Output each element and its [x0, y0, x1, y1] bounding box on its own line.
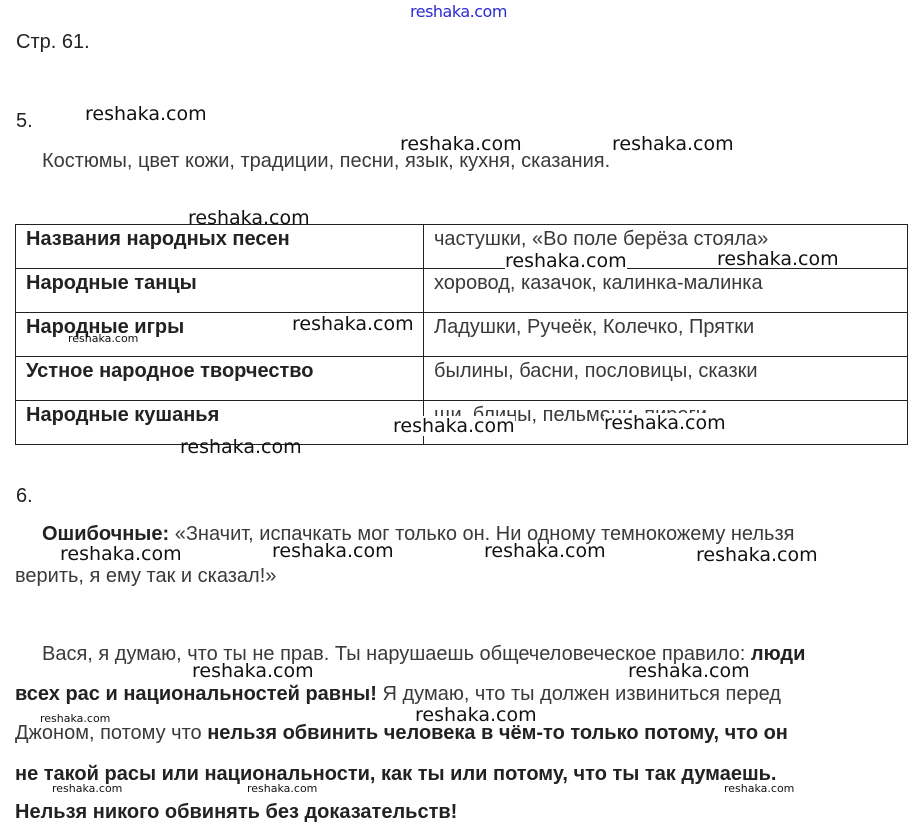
watermark: reshaka.com — [52, 782, 122, 795]
answer-emphasis: всех рас и национальностей равны! — [15, 683, 377, 705]
watermark: reshaka.com — [484, 540, 606, 562]
table-key: Устное народное творчество — [16, 357, 424, 401]
table-border-gap — [762, 420, 792, 430]
table-key: Названия народных песен — [16, 225, 424, 269]
watermark: reshaka.com — [85, 103, 207, 125]
answer-emphasis: не такой расы или национальности, как ты… — [15, 763, 776, 785]
watermark: reshaka.com — [604, 413, 726, 433]
table-value: хоровод, казачок, калинка-малинка — [424, 269, 908, 313]
watermark: reshaka.com — [628, 660, 750, 682]
watermark-top: reshaka.com — [410, 2, 507, 21]
wrong-statement-line1: Ошибочные: «Значит, испачкать мог только… — [42, 524, 794, 544]
answer-line3: Джоном, потому что нельзя обвинить челов… — [15, 723, 788, 743]
page-label: Стр. 61. — [16, 31, 90, 54]
watermark: reshaka.com — [68, 332, 138, 345]
watermark: reshaka.com — [180, 436, 302, 458]
watermark: reshaka.com — [60, 543, 182, 565]
answer-emphasis: люди — [751, 643, 806, 665]
task-5-number: 5. — [16, 110, 33, 133]
table-value: Ладушки, Ручеёк, Колечко, Прятки — [424, 313, 908, 357]
watermark: reshaka.com — [272, 540, 394, 562]
table-row: Народные танцы хоровод, казачок, калинка… — [16, 269, 908, 313]
watermark: reshaka.com — [505, 252, 627, 270]
watermark: reshaka.com — [612, 133, 734, 155]
answer-line2: всех рас и национальностей равны! Я дума… — [15, 684, 781, 704]
answer-text: Джоном, потому что — [15, 722, 207, 744]
watermark: reshaka.com — [717, 248, 839, 270]
watermark: reshaka.com — [188, 207, 310, 229]
answer-emphasis: нельзя обвинить человека в чём-то только… — [207, 722, 788, 744]
table-row: Устное народное творчество былины, басни… — [16, 357, 908, 401]
watermark: reshaka.com — [696, 544, 818, 566]
wrong-label: Ошибочные: — [42, 523, 169, 545]
answer-emphasis: Нельзя никого обвинять без доказательств… — [15, 801, 457, 823]
task-5-intro: Костюмы, цвет кожи, традиции, песни, язы… — [42, 150, 610, 173]
wrong-quote-part1: «Значит, испачкать мог только он. Ни одн… — [169, 523, 794, 545]
wrong-statement-line2: верить, я ему так и сказал!» — [15, 566, 276, 586]
table-row: Народные игры Ладушки, Ручеёк, Колечко, … — [16, 313, 908, 357]
watermark: reshaka.com — [393, 416, 515, 436]
watermark: reshaka.com — [192, 660, 314, 682]
task-6-number: 6. — [16, 485, 33, 508]
table-key: Народные танцы — [16, 269, 424, 313]
answer-line4: не такой расы или национальности, как ты… — [15, 764, 776, 784]
watermark: reshaka.com — [724, 782, 794, 795]
watermark: reshaka.com — [247, 782, 317, 795]
table-value: былины, басни, пословицы, сказки — [424, 357, 908, 401]
answer-text: Я думаю, что ты должен извиниться перед — [377, 683, 781, 705]
watermark: reshaka.com — [292, 313, 414, 335]
answer-line5: Нельзя никого обвинять без доказательств… — [15, 802, 457, 822]
